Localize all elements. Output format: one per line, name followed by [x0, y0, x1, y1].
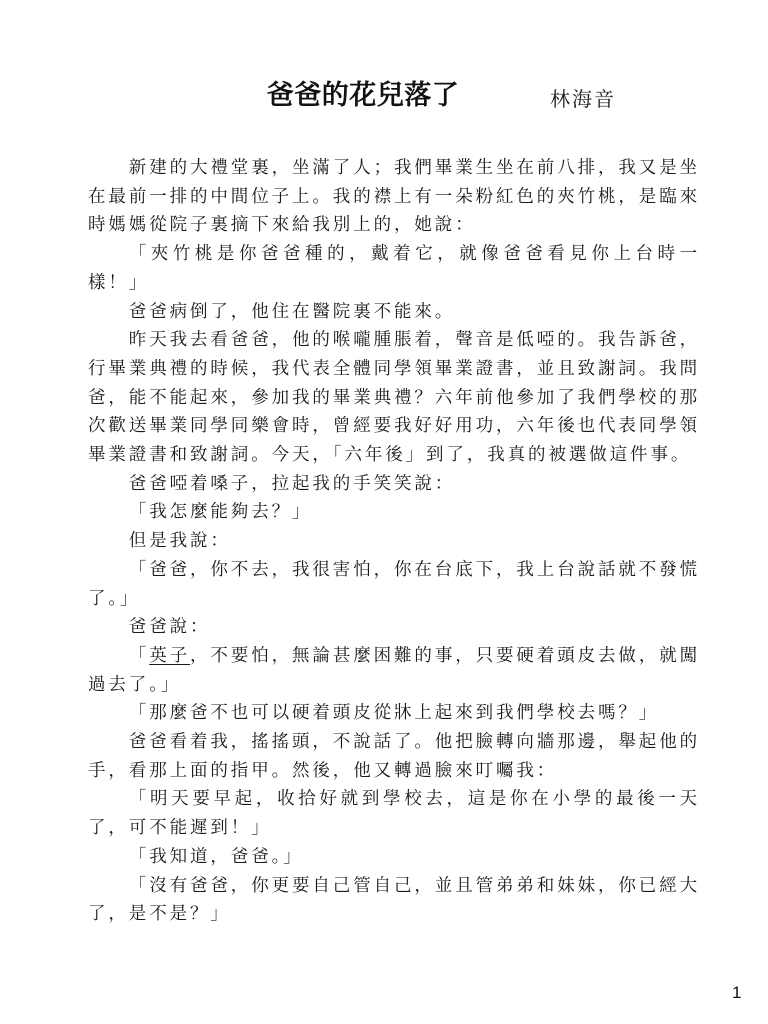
paragraph: 「英子，不要怕，無論甚麼困難的事，只要硬着頭皮去做，就闖過去了。」 [88, 641, 700, 698]
paragraph: 新建的大禮堂裏，坐滿了人；我們畢業生坐在前八排，我又是坐在最前一排的中間位子上。… [88, 153, 700, 239]
text-segment: 「明天要早起，收拾好就到學校去，這是你在小學的最後一天了，可不能遲到！」 [88, 788, 700, 837]
paragraph: 爸爸啞着嗓子，拉起我的手笑笑說： [88, 469, 700, 498]
paragraph: 「沒有爸爸，你更要自己管自己，並且管弟弟和妹妹，你已經大了，是不是？」 [88, 871, 700, 928]
paragraph: 「我怎麼能夠去？」 [88, 497, 700, 526]
text-segment: 「夾竹桃是你爸爸種的，戴着它，就像爸爸看見你上台時一樣！」 [88, 243, 700, 292]
text-segment: 「我怎麼能夠去？」 [129, 501, 313, 521]
paragraph: 爸爸病倒了，他住在醫院裏不能來。 [88, 297, 700, 326]
paragraph: 「夾竹桃是你爸爸種的，戴着它，就像爸爸看見你上台時一樣！」 [88, 239, 700, 296]
text-segment: 「那麼爸不也可以硬着頭皮從牀上起來到我們學校去嗎？」 [129, 702, 659, 722]
document-header: 爸爸的花兒落了 林海音 [0, 78, 768, 118]
paragraph: 「那麼爸不也可以硬着頭皮從牀上起來到我們學校去嗎？」 [88, 698, 700, 727]
text-segment: 爸爸說： [129, 616, 211, 636]
text-segment: 「爸爸，你不去，我很害怕，你在台底下，我上台說話就不發慌了。」 [88, 559, 700, 608]
text-segment: 爸爸啞着嗓子，拉起我的手笑笑說： [129, 473, 455, 493]
paragraph: 昨天我去看爸爸，他的喉嚨腫脹着，聲音是低啞的。我告訴爸，行畢業典禮的時候，我代表… [88, 325, 700, 469]
underlined-name: 英子 [149, 645, 190, 665]
text-segment: 「 [129, 645, 149, 665]
author-name: 林海音 [550, 88, 616, 112]
text-segment: 昨天我去看爸爸，他的喉嚨腫脹着，聲音是低啞的。我告訴爸，行畢業典禮的時候，我代表… [88, 329, 700, 464]
paragraph: 「我知道，爸爸。」 [88, 842, 700, 871]
paragraph: 但是我說： [88, 526, 700, 555]
text-segment: 新建的大禮堂裏，坐滿了人；我們畢業生坐在前八排，我又是坐在最前一排的中間位子上。… [88, 157, 700, 234]
text-segment: 爸爸看着我，搖搖頭，不說話了。他把臉轉向牆那邊，舉起他的手，看那上面的指甲。然後… [88, 731, 700, 780]
text-segment: 爸爸病倒了，他住在醫院裏不能來。 [129, 301, 455, 321]
paragraph: 爸爸看着我，搖搖頭，不說話了。他把臉轉向牆那邊，舉起他的手，看那上面的指甲。然後… [88, 727, 700, 784]
page-title: 爸爸的花兒落了 [267, 78, 460, 112]
document-body: 新建的大禮堂裏，坐滿了人；我們畢業生坐在前八排，我又是坐在最前一排的中間位子上。… [88, 153, 700, 928]
document-page: 爸爸的花兒落了 林海音 新建的大禮堂裏，坐滿了人；我們畢業生坐在前八排，我又是坐… [0, 0, 768, 1024]
text-segment: 「我知道，爸爸。」 [129, 846, 304, 866]
paragraph: 爸爸說： [88, 612, 700, 641]
paragraph: 「爸爸，你不去，我很害怕，你在台底下，我上台說話就不發慌了。」 [88, 555, 700, 612]
text-segment: 但是我說： [129, 530, 231, 550]
text-segment: 「沒有爸爸，你更要自己管自己，並且管弟弟和妹妹，你已經大了，是不是？」 [88, 875, 700, 924]
paragraph: 「明天要早起，收拾好就到學校去，這是你在小學的最後一天了，可不能遲到！」 [88, 784, 700, 841]
page-number: 1 [732, 983, 741, 1003]
